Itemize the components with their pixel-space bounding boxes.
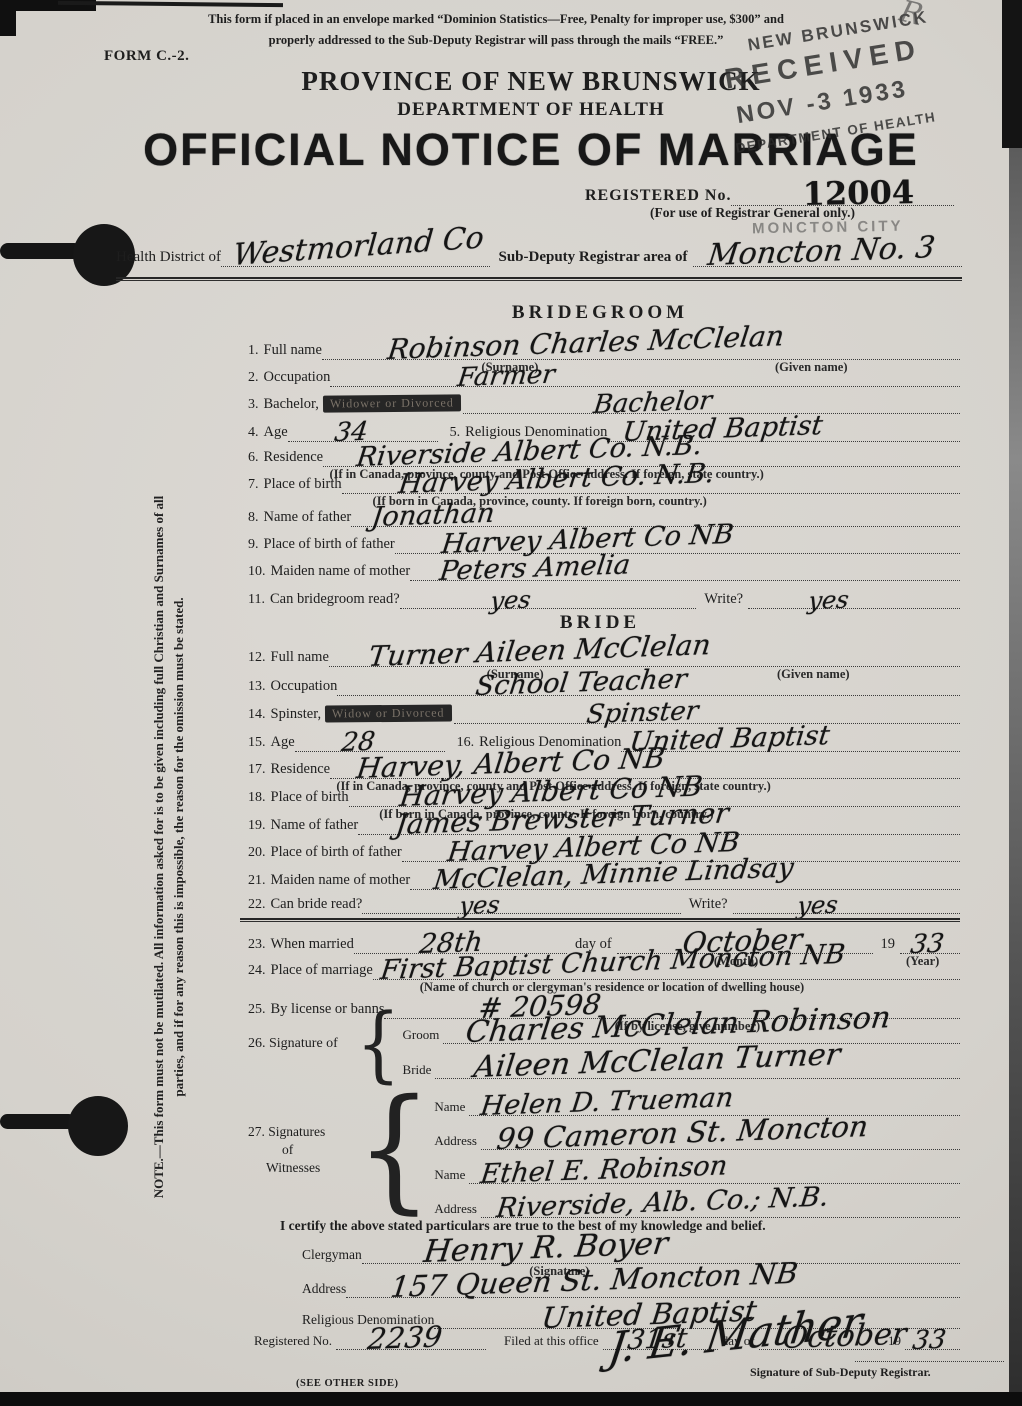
field-label: Age [271, 734, 295, 752]
signature-of-label: 26. Signature of [248, 1036, 356, 1052]
field-label: Place of birth [271, 789, 349, 807]
struck-out-text: Widower or Divorced [323, 394, 461, 412]
field-line: 2239 [336, 1328, 486, 1350]
year-prefix: 19 [873, 936, 901, 954]
field-groom-occupation: 2. Occupation Farmer [248, 363, 960, 387]
field-line: Helen D. Trueman [469, 1094, 960, 1116]
field-number: 20. [248, 845, 266, 862]
write-label: Write? [681, 896, 733, 914]
registrar-sublabel: Signature of Sub-Deputy Registrar. [750, 1365, 931, 1380]
handwritten-value: Peters Amelia [438, 551, 632, 585]
field-number: 18. [248, 790, 266, 807]
signature-rows: Groom Charles McClelan Robinson Bride Ai… [401, 1009, 960, 1079]
bridegroom-heading: BRIDEGROOM [240, 302, 960, 324]
handwritten-value: yes [489, 588, 532, 613]
bride-signature-row: Bride Aileen McClelan Turner [401, 1044, 960, 1079]
field-label: Full name [264, 342, 322, 360]
field-line: 34 [288, 420, 438, 442]
name-label: Name [432, 1167, 469, 1184]
field-label: Residence [264, 449, 324, 467]
field-number: 4. [248, 425, 259, 442]
divider-rule [240, 918, 960, 922]
field-groom-literacy: 11. Can bridegroom read? yes Write? yes [248, 585, 960, 609]
field-line: Riverside, Alb. Co.; N.B. [481, 1196, 960, 1218]
field-label: Maiden name of mother [271, 563, 411, 581]
witnesses-label-line1: 27. Signatures [248, 1123, 356, 1141]
witness2-name: Ethel E. Robinson [479, 1152, 729, 1188]
field-groom-full-name: 1. Full name Robinson Charles McClelan (… [248, 336, 960, 360]
groom-signature-row: Groom Charles McClelan Robinson [401, 1009, 960, 1044]
field-label: Can bride read? [271, 896, 363, 914]
divider-rule [116, 277, 962, 281]
name-label: Name [432, 1099, 469, 1116]
handwritten-value: Bachelor [592, 388, 713, 418]
field-line: yes [362, 892, 680, 914]
field-label: Can bridegroom read? [270, 591, 400, 609]
field-number: 13. [248, 679, 266, 696]
punch-hole-stem [0, 243, 82, 259]
district-row: Health District of Westmorland Co Sub-De… [116, 243, 962, 267]
field-number: 19. [248, 818, 266, 835]
field-line: School Teacher [337, 674, 960, 696]
field-number: 23. [248, 937, 266, 954]
field-label: Occupation [271, 678, 338, 696]
handwritten-value: Robinson Charles McClelan [386, 322, 786, 364]
field-label: Place of birth [264, 476, 342, 494]
field-bride-occupation: 13. Occupation School Teacher [248, 672, 960, 696]
field-number: 12. [248, 650, 266, 667]
punch-hole-stem [0, 1114, 76, 1129]
field-number: 21. [248, 873, 266, 890]
field-number: 14. [248, 707, 266, 724]
field-line: Farmer [330, 365, 960, 387]
field-number: 3. [248, 397, 259, 414]
handwritten-value: Spinster [585, 698, 700, 728]
field-label: Name of father [271, 817, 359, 835]
handwritten-value: yes [458, 893, 501, 918]
filed-label: Filed at this office [500, 1333, 603, 1350]
field-number: 17. [248, 762, 266, 779]
scanned-document: { "colors": {"paper": "#d5d2cc", "ink": … [0, 0, 1022, 1406]
field-line: Robinson Charles McClelan (Surname) (Giv… [322, 338, 960, 360]
field-label: Place of marriage [271, 962, 373, 980]
field-number: 9. [248, 537, 259, 554]
subdeputy-label: Sub-Deputy Registrar area of [490, 249, 692, 267]
field-line: First Baptist Church Moncton NB (Name of… [373, 958, 960, 980]
witnesses-label-line3: Witnesses [248, 1159, 356, 1177]
field-line: Charles McClelan Robinson [443, 1022, 960, 1044]
field-line: Ethel E. Robinson [469, 1162, 960, 1184]
see-other-side-note: (SEE OTHER SIDE) [296, 1378, 399, 1389]
witnesses-label-line2: of [248, 1141, 356, 1159]
sidebar-note: NOTE.—This form must not be mutilated. A… [149, 477, 207, 1217]
field-label: Place of birth of father [264, 536, 395, 554]
field-number: 11. [248, 592, 265, 609]
field-number: 7. [248, 477, 259, 494]
field-line: 99 Cameron St. Moncton [481, 1128, 960, 1150]
registered-label: Registered No. [250, 1333, 336, 1350]
address-label: Address [432, 1201, 481, 1218]
field-groom-status: 3. Bachelor, Widower or Divorced Bachelo… [248, 390, 960, 414]
field-bride-mother: 21. Maiden name of mother McClelan, Minn… [248, 866, 960, 890]
field-line: yes [733, 892, 960, 914]
field-label: Occupation [264, 369, 331, 387]
form-number: FORM C.-2. [104, 48, 189, 65]
field-label: Place of birth of father [271, 844, 402, 862]
field-line: Bachelor [463, 392, 960, 414]
field-bride-status: 14. Spinster, Widow or Divorced Spinster [248, 700, 960, 724]
struck-out-text: Widow or Divorced [325, 704, 452, 722]
scan-edge-artifact [0, 1392, 1022, 1406]
field-line: 33 (Year) [900, 932, 960, 954]
field-line: United Baptist [621, 730, 960, 752]
clergyman-label: Clergyman [302, 1247, 362, 1264]
field-sublabel: (Name of church or clergyman's residence… [420, 980, 804, 995]
registered-no-label: REGISTERED No. [585, 187, 731, 206]
field-place-of-marriage: 24. Place of marriage First Baptist Chur… [248, 956, 960, 980]
field-line: Aileen McClelan Turner [435, 1057, 960, 1079]
field-label: Residence [271, 761, 331, 779]
field-number: 8. [248, 510, 259, 527]
witness1-name-row: Name Helen D. Trueman [432, 1082, 960, 1116]
field-label: When married [271, 936, 354, 954]
field-label: Bachelor, [264, 396, 319, 414]
scan-edge-artifact [1009, 148, 1022, 1392]
field-label: Full name [271, 649, 329, 667]
registered-value: 2239 [366, 1322, 444, 1354]
field-line: yes [400, 587, 697, 609]
bride-heading: BRIDE [240, 612, 960, 634]
field-number: 24. [248, 963, 266, 980]
field-bride-full-name: 12. Full name Turner Aileen McClelan (Su… [248, 643, 960, 667]
address-label: Address [302, 1281, 346, 1298]
field-number: 6. [248, 450, 259, 467]
groom-label: Groom [401, 1027, 444, 1044]
clergyman-address-row: Address 157 Queen St. Moncton NB [302, 1274, 960, 1298]
marriage-form-page: This form if placed in an envelope marke… [0, 0, 1022, 1406]
field-label: Age [264, 424, 288, 442]
field-number: 26. [248, 1036, 266, 1051]
handwritten-value: Farmer [456, 362, 556, 391]
field-label: Name of father [264, 509, 352, 527]
field-line: Turner Aileen McClelan (Surname) (Given … [329, 645, 960, 667]
field-line: Peters Amelia [410, 559, 960, 581]
small-print-line1: This form if placed in an envelope marke… [60, 12, 932, 27]
field-number: 15. [248, 735, 266, 752]
clergyman-row: Clergyman Henry R. Boyer (Signature) [302, 1240, 960, 1264]
brace [356, 1013, 401, 1076]
field-number: 2. [248, 370, 259, 387]
field-label: Maiden name of mother [271, 872, 411, 890]
field-groom-mother: 10. Maiden name of mother Peters Amelia [248, 557, 960, 581]
couple-signatures-block: 26. Signature of Groom Charles McClelan … [248, 1008, 960, 1080]
punch-hole [68, 1096, 128, 1156]
signature-line [855, 1361, 1004, 1362]
address-label: Address [432, 1133, 481, 1150]
brace [356, 1096, 432, 1204]
health-district-value: Westmorland Co [232, 223, 485, 271]
witness-signatures-block: 27. Signatures of Witnesses Name Helen D… [248, 1080, 960, 1220]
field-number: 22. [248, 897, 266, 914]
field-line: Spinster [454, 702, 960, 724]
handwritten-value: yes [807, 588, 850, 613]
field-line: McClelan, Minnie Lindsay [410, 868, 960, 890]
subdeputy-value: Moncton No. 3 [706, 233, 937, 271]
witness2-address: Riverside, Alb. Co.; N.B. [495, 1183, 830, 1222]
handwritten-value: School Teacher [474, 666, 688, 700]
witness1-address-row: Address 99 Cameron St. Moncton [432, 1116, 960, 1150]
witness2-address-row: Address Riverside, Alb. Co.; N.B. [432, 1184, 960, 1218]
field-number: 1. [248, 343, 259, 360]
write-label: Write? [696, 591, 748, 609]
health-district-label: Health District of [116, 249, 221, 267]
field-bride-literacy: 22. Can bride read? yes Write? yes [248, 890, 960, 914]
field-number: 10. [248, 564, 266, 581]
field-label: Signature of [269, 1036, 338, 1051]
subdeputy-line: Moncton No. 3 [693, 245, 963, 267]
registered-no-line: 12004 [731, 184, 954, 206]
handwritten-value: yes [796, 893, 839, 918]
health-district-line: Westmorland Co [221, 245, 491, 267]
registrar-signature-block: J. E. Mather Signature of Sub-Deputy Reg… [600, 1316, 1012, 1378]
field-line: 28 [295, 730, 445, 752]
handwritten-value: Jonathan [370, 500, 496, 531]
field-line: yes [748, 587, 960, 609]
field-line: Harvey Albert Co. N.B. (If born in Canad… [342, 472, 960, 494]
field-label: Spinster, [271, 706, 322, 724]
field-line: Harvey Albert Co NB [395, 532, 960, 554]
registered-no-row: REGISTERED No. 12004 [585, 182, 954, 206]
witnesses-label: 27. Signatures of Witnesses [248, 1123, 356, 1178]
field-line: 157 Queen St. Moncton NB [346, 1276, 960, 1298]
witness-rows: Name Helen D. Trueman Address 99 Cameron… [432, 1082, 960, 1218]
field-groom-birthplace: 7. Place of birth Harvey Albert Co. N.B.… [248, 470, 960, 494]
